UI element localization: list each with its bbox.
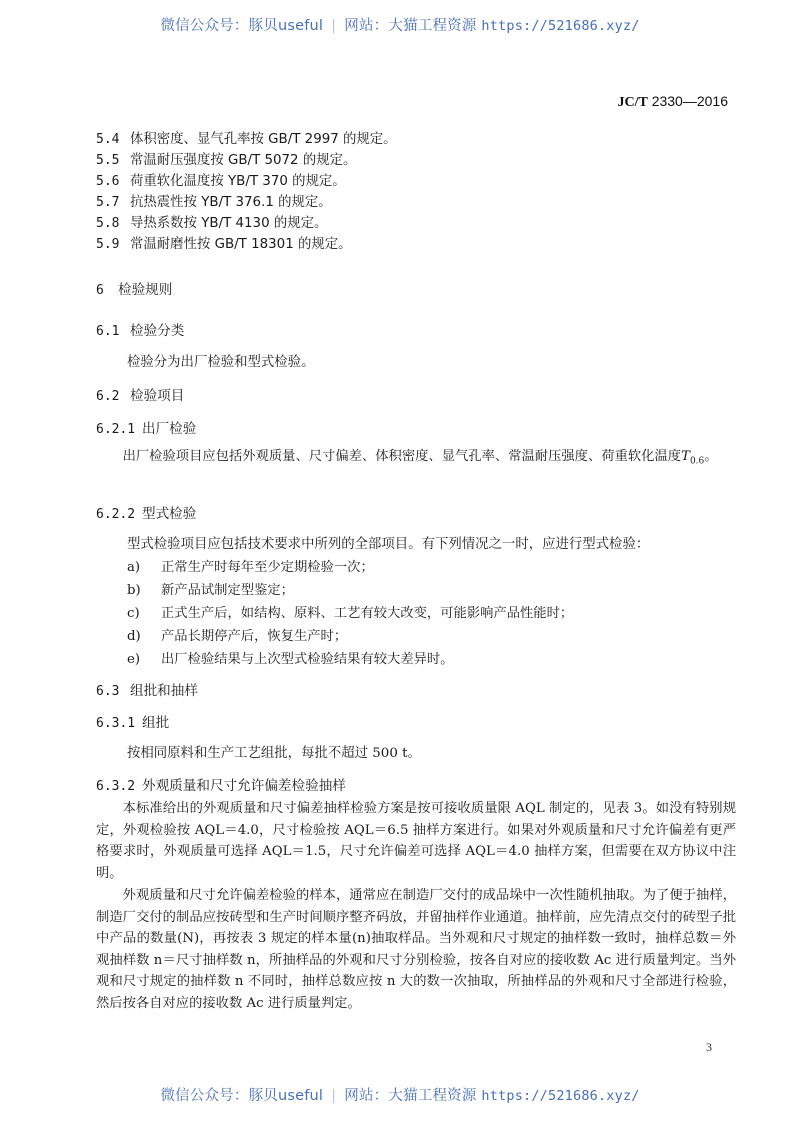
watermark-wechat: 微信公众号：豚贝useful xyxy=(160,1088,323,1104)
section-6-3-2-para-2: 外观质量和尺寸允许偏差检验的样本，通常应在制造厂交付的成品垛中一次性随机抽取。为… xyxy=(96,885,736,1015)
clause-5-9: 5.9常温耐磨性按 GB/T 18301 的规定。 xyxy=(96,233,352,252)
section-6-1-heading: 6.1检验分类 xyxy=(96,319,184,339)
section-6-2-2-heading: 6.2.2型式检验 xyxy=(96,502,196,522)
watermark-site-label: 网站：大猫工程资源 xyxy=(344,1088,476,1104)
section-6-heading: 6检验规则 xyxy=(96,278,172,298)
watermark-site-label: 网站：大猫工程资源 xyxy=(344,18,476,34)
list-item-e: e)出厂检验结果与上次型式检验结果有较大差异时。 xyxy=(127,648,454,667)
watermark-url: https://521686.xyz/ xyxy=(481,18,639,34)
section-6-1-text: 检验分为出厂检验和型式检验。 xyxy=(127,351,314,370)
standard-prefix: JC/T xyxy=(617,95,647,110)
watermark-wechat: 微信公众号：豚贝useful xyxy=(160,18,323,34)
section-6-2-heading: 6.2检验项目 xyxy=(96,384,184,404)
section-6-2-1-text: 出厂检验项目应包括外观质量、尺寸偏差、体积密度、显气孔率、常温耐压强度、荷重软化… xyxy=(96,446,736,473)
section-6-3-1-heading: 6.3.1组批 xyxy=(96,711,169,731)
watermark-separator: | xyxy=(331,18,336,34)
section-6-3-2-heading: 6.3.2外观质量和尺寸允许偏差检验抽样 xyxy=(96,774,346,794)
list-item-d: d)产品长期停产后，恢复生产时； xyxy=(127,625,347,644)
clause-5-6: 5.6荷重软化温度按 YB/T 370 的规定。 xyxy=(96,170,346,189)
section-6-3-2-para-1: 本标准给出的外观质量和尺寸偏差抽样检验方案是按可接收质量限 AQL 制定的，见表… xyxy=(96,798,736,884)
standard-number: 2330—2016 xyxy=(652,93,728,109)
watermark-separator: | xyxy=(331,1088,336,1104)
watermark-bottom: 微信公众号：豚贝useful|网站：大猫工程资源 https://521686.… xyxy=(0,1084,800,1105)
section-6-3-heading: 6.3组批和抽样 xyxy=(96,679,198,699)
list-item-a: a)正常生产时每年至少定期检验一次； xyxy=(127,556,374,575)
section-6-2-2-intro: 型式检验项目应包括技术要求中所列的全部项目。有下列情况之一时，应进行型式检验： xyxy=(127,533,649,552)
clause-5-4: 5.4体积密度、显气孔率按 GB/T 2997 的规定。 xyxy=(96,128,397,147)
clause-5-5: 5.5常温耐压强度按 GB/T 5072 的规定。 xyxy=(96,149,356,168)
clause-5-7: 5.7抗热震性按 YB/T 376.1 的规定。 xyxy=(96,191,332,210)
watermark-url: https://521686.xyz/ xyxy=(481,1088,639,1104)
clause-5-8: 5.8导热系数按 YB/T 4130 的规定。 xyxy=(96,212,327,231)
section-6-3-1-text: 按相同原料和生产工艺组批，每批不超过 500 t。 xyxy=(127,742,421,761)
section-6-2-1-heading: 6.2.1出厂检验 xyxy=(96,417,196,437)
page-number: 3 xyxy=(706,1040,712,1055)
temperature-symbol: T xyxy=(681,449,690,464)
watermark-top: 微信公众号：豚贝useful|网站：大猫工程资源 https://521686.… xyxy=(0,14,800,35)
list-item-c: c)正式生产后，如结构、原料、工艺有较大改变，可能影响产品性能时； xyxy=(127,602,573,621)
list-item-b: b)新产品试制定型鉴定； xyxy=(127,579,294,598)
standard-code: JC/T 2330—2016 xyxy=(617,93,728,111)
